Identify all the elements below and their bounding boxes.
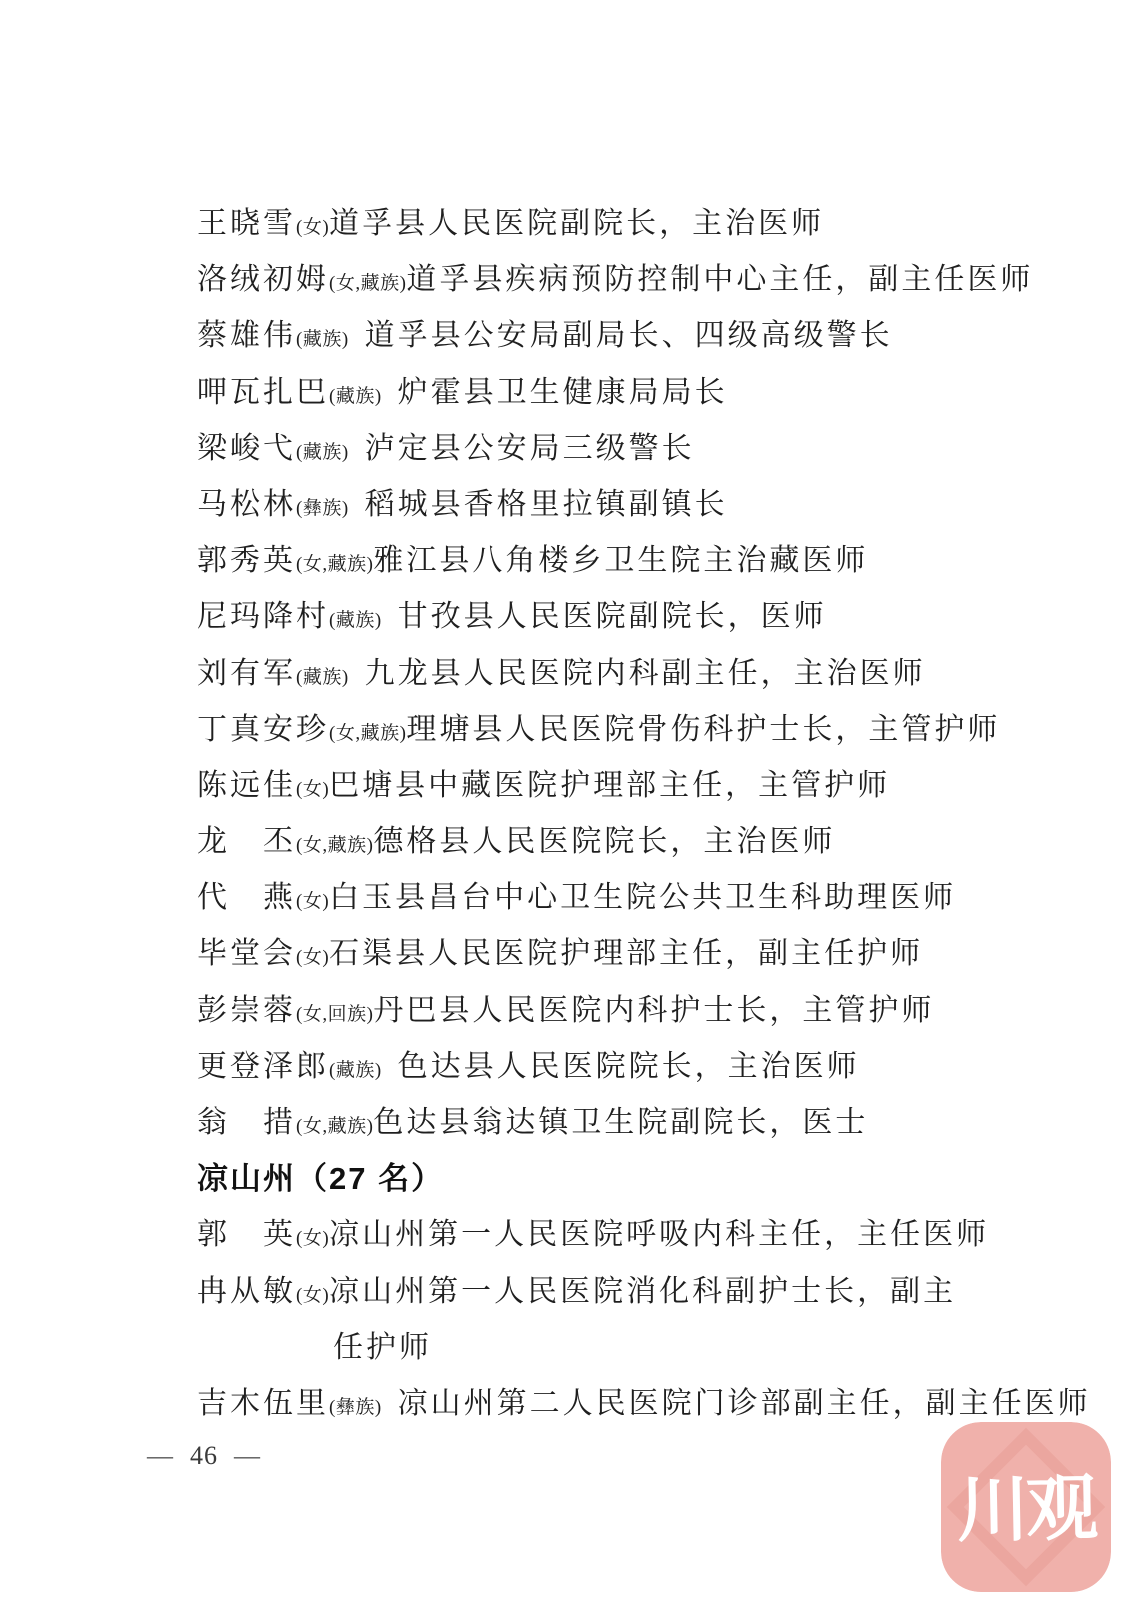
position-title: 凉山州第一人民医院消化科副护士长，副主 [329,1275,956,1308]
gender-ethnicity-tag: (女,藏族) [296,835,373,856]
position-title: 炉霍县卫生健康局局长 [398,376,728,409]
list-entry: 丁真安珍(女,藏族)理塘县人民医院骨伤科护士长，主管护师 [197,702,1057,758]
page-number-value: 46 [190,1441,218,1470]
person-name: 冉从敏 [197,1275,296,1308]
gender-ethnicity-tag: (藏族) [296,442,349,463]
list-entry: 呷瓦扎巴(藏族)炉霍县卫生健康局局长 [197,365,1057,421]
person-name: 翁 措 [197,1106,296,1139]
gender-ethnicity-tag: (藏族) [296,329,349,350]
person-name: 马松林 [197,488,296,521]
gender-ethnicity-tag: (女) [296,891,329,912]
gender-ethnicity-tag: (女) [296,947,329,968]
gender-ethnicity-tag: (女,藏族) [329,273,406,294]
document-page: 王晓雪(女)道孚县人民医院副院长，主治医师洛绒初姆(女,藏族)道孚县疾病预防控制… [0,0,1124,1600]
entries-list: 王晓雪(女)道孚县人民医院副院长，主治医师洛绒初姆(女,藏族)道孚县疾病预防控制… [197,196,1057,1432]
gender-ethnicity-tag: (藏族) [296,667,349,688]
list-entry: 郭 英(女)凉山州第一人民医院呼吸内科主任，主任医师 [197,1207,1057,1263]
gender-ethnicity-tag: (彝族) [329,1397,382,1418]
person-name: 梁峻弋 [197,432,296,465]
list-entry: 冉从敏(女)凉山州第一人民医院消化科副护士长，副主 [197,1264,1057,1320]
position-title: 色达县人民医院院长，主治医师 [398,1050,860,1083]
list-entry: 毕堂会(女)石渠县人民医院护理部主任，副主任护师 [197,926,1057,982]
person-name: 丁真安珍 [197,713,329,746]
gender-ethnicity-tag: (藏族) [329,610,382,631]
position-title: 泸定县公安局三级警长 [365,432,695,465]
section-heading: 凉山州（27 名） [197,1151,1057,1207]
gender-ethnicity-tag: (女,藏族) [296,1116,373,1137]
person-name: 彭崇蓉 [197,994,296,1027]
position-title: 道孚县疾病预防控制中心主任，副主任医师 [406,263,1033,296]
list-entry: 马松林(彝族)稻城县香格里拉镇副镇长 [197,477,1057,533]
position-title: 白玉县昌台中心卫生院公共卫生科助理医师 [329,881,956,914]
gender-ethnicity-tag: (女,藏族) [296,554,373,575]
gender-ethnicity-tag: (女,藏族) [329,723,406,744]
person-name: 吉木伍里 [197,1387,329,1420]
person-name: 洛绒初姆 [197,263,329,296]
gender-ethnicity-tag: (藏族) [329,1060,382,1081]
logo-text: 川观 [956,1450,1096,1556]
position-title: 道孚县公安局副局长、四级高级警长 [365,319,893,352]
position-title: 德格县人民医院院长，主治医师 [373,825,835,858]
position-title: 凉山州第二人民医院门诊部副主任，副主任医师 [398,1387,1091,1420]
list-entry: 龙 丕(女,藏族)德格县人民医院院长，主治医师 [197,814,1057,870]
person-name: 呷瓦扎巴 [197,376,329,409]
page-number-dash-left: — [147,1441,174,1470]
list-entry: 刘有军(藏族)九龙县人民医院内科副主任，主治医师 [197,646,1057,702]
gender-ethnicity-tag: (女) [296,1228,329,1249]
position-title: 色达县翁达镇卫生院副院长，医士 [373,1106,868,1139]
list-entry: 代 燕(女)白玉县昌台中心卫生院公共卫生科助理医师 [197,870,1057,926]
position-title: 丹巴县人民医院内科护士长，主管护师 [373,994,934,1027]
list-entry: 郭秀英(女,藏族)雅江县八角楼乡卫生院主治藏医师 [197,533,1057,589]
gender-ethnicity-tag: (藏族) [329,386,382,407]
person-name: 更登泽郎 [197,1050,329,1083]
position-title: 雅江县八角楼乡卫生院主治藏医师 [373,544,868,577]
person-name: 蔡雄伟 [197,319,296,352]
gender-ethnicity-tag: (女) [296,1285,329,1306]
page-number: —46— [147,1441,261,1471]
page-number-dash-right: — [234,1441,261,1470]
gender-ethnicity-tag: (女,回族) [296,1004,373,1025]
list-entry: 更登泽郎(藏族)色达县人民医院院长，主治医师 [197,1039,1057,1095]
list-entry: 吉木伍里(彝族)凉山州第二人民医院门诊部副主任，副主任医师 [197,1376,1057,1432]
person-name: 刘有军 [197,657,296,690]
position-title: 理塘县人民医院骨伤科护士长，主管护师 [406,713,1000,746]
position-title: 甘孜县人民医院副院长，医师 [398,600,827,633]
position-title: 凉山州第一人民医院呼吸内科主任，主任医师 [329,1218,989,1251]
list-entry: 陈远佳(女)巴塘县中藏医院护理部主任，主管护师 [197,758,1057,814]
person-name: 陈远佳 [197,769,296,802]
person-name: 龙 丕 [197,825,296,858]
person-name: 郭 英 [197,1218,296,1251]
chuanguan-logo: 川观 [941,1422,1111,1592]
gender-ethnicity-tag: (女) [296,217,329,238]
person-name: 郭秀英 [197,544,296,577]
list-entry: 翁 措(女,藏族)色达县翁达镇卫生院副院长，医士 [197,1095,1057,1151]
person-name: 王晓雪 [197,207,296,240]
position-title: 道孚县人民医院副院长，主治医师 [329,207,824,240]
list-entry: 王晓雪(女)道孚县人民医院副院长，主治医师 [197,196,1057,252]
gender-ethnicity-tag: (女) [296,779,329,800]
position-title: 九龙县人民医院内科副主任，主治医师 [365,657,926,690]
position-title: 石渠县人民医院护理部主任，副主任护师 [329,937,923,970]
position-title: 巴塘县中藏医院护理部主任，主管护师 [329,769,890,802]
entry-continuation: 任护师 [197,1320,1057,1376]
list-entry: 梁峻弋(藏族)泸定县公安局三级警长 [197,421,1057,477]
person-name: 毕堂会 [197,937,296,970]
list-entry: 蔡雄伟(藏族)道孚县公安局副局长、四级高级警长 [197,308,1057,364]
gender-ethnicity-tag: (彝族) [296,498,349,519]
list-entry: 彭崇蓉(女,回族)丹巴县人民医院内科护士长，主管护师 [197,983,1057,1039]
list-entry: 洛绒初姆(女,藏族)道孚县疾病预防控制中心主任，副主任医师 [197,252,1057,308]
position-title: 稻城县香格里拉镇副镇长 [365,488,728,521]
person-name: 尼玛降村 [197,600,329,633]
person-name: 代 燕 [197,881,296,914]
list-entry: 尼玛降村(藏族)甘孜县人民医院副院长，医师 [197,589,1057,645]
